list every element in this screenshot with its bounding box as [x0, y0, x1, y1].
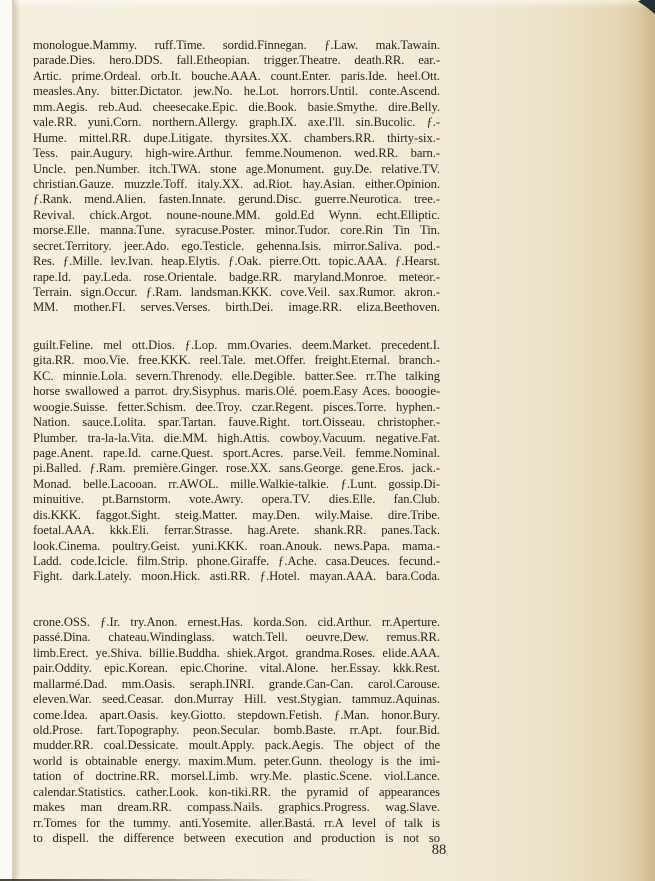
text-block: monologue.Mammy. ruff.Time. sordid.Finne…: [33, 38, 440, 868]
text-line: morse.Elle. manna.Tune. syracuse.Poster.…: [33, 223, 440, 238]
book-page-scan: monologue.Mammy. ruff.Time. sordid.Finne…: [0, 0, 655, 881]
text-line: christian.Gauze. muzzle.Toff. italy.XX. …: [33, 177, 440, 192]
text-line: dis.KKK. faggot.Sight. steig.Matter. may…: [33, 508, 440, 523]
text-line: rape.Id. pay.Leda. rose.Orientale. badge…: [33, 270, 440, 285]
text-line: come.Idea. apart.Oasis. key.Giotto. step…: [33, 708, 440, 723]
paragraph-3: crone.OSS. ƒ.Ir. try.Anon. ernest.Has. k…: [33, 615, 440, 847]
text-line: woogie.Suisse. fetter.Schism. dee.Troy. …: [33, 400, 440, 415]
text-line: rr.Tomes for the tummy. anti.Yosemite. a…: [33, 816, 440, 831]
text-line: guilt.Feline. mel ott.Dios. ƒ.Lop. mm.Ov…: [33, 338, 440, 353]
text-line: page.Anent. rape.Id. carne.Quest. sport.…: [33, 446, 440, 461]
paragraph-2: guilt.Feline. mel ott.Dios. ƒ.Lop. mm.Ov…: [33, 338, 440, 585]
text-line: Revival. chick.Argot. noune-noune.MM. go…: [33, 208, 440, 223]
text-line: Uncle. pen.Number. itch.TWA. stone age.M…: [33, 162, 440, 177]
text-line: measles.Any. bitter.Dictator. jew.No. he…: [33, 84, 440, 99]
text-line: limb.Erect. ye.Shiva. billie.Buddha. shi…: [33, 646, 440, 661]
page-number: 88: [424, 842, 454, 859]
text-line: Tess. pair.Augury. high-wire.Arthur. fem…: [33, 146, 440, 161]
text-line: horse swallowed a parrot. dry.Sisyphus. …: [33, 384, 440, 399]
text-line: Plumber. tra-la-la.Vita. die.MM. high.At…: [33, 431, 440, 446]
text-line: Nation. sauce.Lolita. spar.Tartan. fauve…: [33, 415, 440, 430]
text-line: mm.Aegis. reb.Aud. cheesecake.Epic. die.…: [33, 100, 440, 115]
text-line: secret.Territory. jeer.Ado. ego.Testicle…: [33, 239, 440, 254]
text-line: crone.OSS. ƒ.Ir. try.Anon. ernest.Has. k…: [33, 615, 440, 630]
text-line: calendar.Statistics. cather.Look. kon-ti…: [33, 785, 440, 800]
text-line: pi.Balled. ƒ.Ram. première.Ginger. rose.…: [33, 461, 440, 476]
text-line: Res. ƒ.Mille. lev.Ivan. heap.Elytis. ƒ.O…: [33, 254, 440, 269]
text-line: Hume. mittel.RR. dupe.Litigate. thyrsite…: [33, 131, 440, 146]
text-line: tation of doctrine.RR. morsel.Limb. wry.…: [33, 769, 440, 784]
text-line: passé.Dina. chateau.Windinglass. watch.T…: [33, 630, 440, 645]
text-line: makes man dream.RR. compass.Nails. graph…: [33, 800, 440, 815]
scan-left-edge: [0, 0, 14, 881]
text-line: look.Cinema. poultry.Geist. yuni.KKK. ro…: [33, 539, 440, 554]
text-line: foetal.AAA. kkk.Eli. ferrar.Strasse. hag…: [33, 523, 440, 538]
text-line: pair.Oddity. epic.Korean. epic.Chorine. …: [33, 661, 440, 676]
text-line: Monad. belle.Lacooan. rr.AWOL. mille.Wal…: [33, 477, 440, 492]
text-line: vale.RR. yuni.Corn. northern.Allergy. gr…: [33, 115, 440, 130]
text-line: to dispell. the difference between execu…: [33, 831, 440, 846]
text-line: Artic. prime.Ordeal. orb.It. bouche.AAA.…: [33, 69, 440, 84]
text-line: monologue.Mammy. ruff.Time. sordid.Finne…: [33, 38, 440, 53]
text-line: MM. mother.FI. serves.Verses. birth.Dei.…: [33, 300, 440, 315]
text-line: Ladd. code.Icicle. film.Strip. phone.Gir…: [33, 554, 440, 569]
text-line: Fight. dark.Lately. moon.Hick. asti.RR. …: [33, 569, 440, 584]
text-line: old.Prose. fart.Topography. peon.Secular…: [33, 723, 440, 738]
text-line: world is obtainable energy. maxim.Mum. p…: [33, 754, 440, 769]
text-line: mudder.RR. coal.Dessicate. moult.Apply. …: [33, 738, 440, 753]
text-line: mallarmé.Dad. mm.Oasis. seraph.INRI. gra…: [33, 677, 440, 692]
text-line: Terrain. sign.Occur. ƒ.Ram. landsman.KKK…: [33, 285, 440, 300]
text-line: eleven.War. seed.Ceasar. don.Murray Hill…: [33, 692, 440, 707]
scan-top-edge: [0, 0, 655, 8]
text-line: minuitive. pt.Barnstorm. vote.Awry. oper…: [33, 492, 440, 507]
text-line: parade.Dies. hero.DDS. fall.Etheopian. t…: [33, 53, 440, 68]
text-line: KC. minnie.Lola. severn.Threnody. elle.D…: [33, 369, 440, 384]
paragraph-1: monologue.Mammy. ruff.Time. sordid.Finne…: [33, 38, 440, 316]
text-line: gita.RR. moo.Vie. free.KKK. reel.Tale. m…: [33, 353, 440, 368]
text-line: ƒ.Rank. mend.Alien. fasten.Innate. gerun…: [33, 192, 440, 207]
